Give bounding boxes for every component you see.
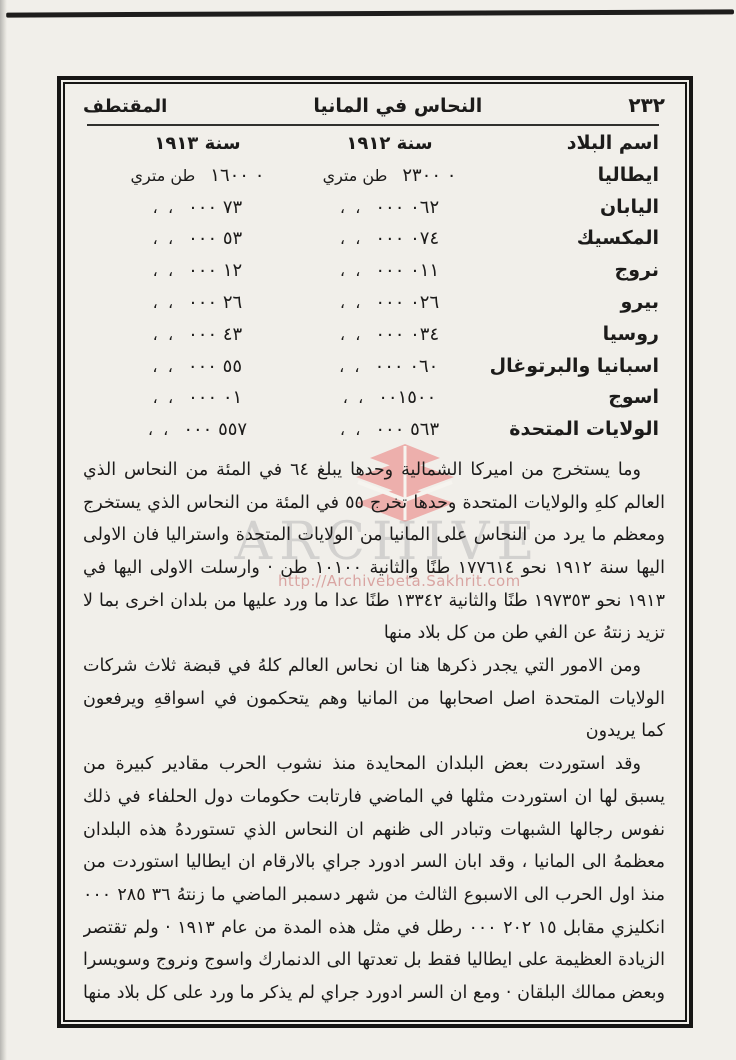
unit-or-ditto: ، ، <box>153 293 174 312</box>
country-name: الولايات المتحدة <box>506 418 673 440</box>
body-line: تزيد زنتهُ عن الفي طن من كل بلاد منها <box>83 617 665 650</box>
body-line: ومن الامور التي يجدر ذكرها هنا ان نحاس ا… <box>83 650 665 683</box>
table-row: نروج ٠١١ ٠٠٠ ، ، ١٢ ٠٠٠ ، ، <box>77 259 673 291</box>
value-1913: ٠ ١٦٠٠ طن متري <box>131 165 265 186</box>
value-1913: ٥٣ ٠٠٠ ، ، <box>153 228 243 249</box>
country-name: اسبانيا والبرتوغال <box>505 355 673 377</box>
magazine-name: المقتطف <box>83 96 167 117</box>
country-name: ايطاليا <box>506 164 673 186</box>
scanned-magazine-page: { "header": { "page_number": "٢٣٢", "tit… <box>0 0 736 1060</box>
unit-or-ditto: ، ، <box>339 357 360 376</box>
table-row: اسبانيا والبرتوغال ٠٦٠ ٠٠٠ ، ، ٥٥ ٠٠٠ ، … <box>77 355 673 387</box>
body-line: ومعظم ما يرد من النحاس على المانيا من ال… <box>83 519 665 552</box>
unit-or-ditto: ، ، <box>153 261 174 280</box>
page-number: ٢٣٢ <box>628 93 665 117</box>
body-line: وبعض ممالك البلقان · ومع ان السر ادورد ج… <box>83 977 665 1010</box>
value-1913: ٢٦ ٠٠٠ ، ، <box>153 292 243 313</box>
unit-or-ditto: طن متري <box>323 166 388 185</box>
body-line: العالم كلهِ والولايات المتحدة وحدها تخرج… <box>83 487 665 520</box>
scan-left-shadow <box>0 0 7 1060</box>
article-body: وما يستخرج من اميركا الشمالية وحدها يبلغ… <box>77 450 673 1010</box>
unit-or-ditto: ، ، <box>340 293 361 312</box>
body-line: انكليزي مقابل ١٥ ٢٠٢ ٠٠٠ رطل في مثل هذه … <box>83 912 665 945</box>
table-row: بيرو ٠٢٦ ٠٠٠ ، ، ٢٦ ٠٠٠ ، ، <box>77 291 673 323</box>
body-line: كما يريدون <box>83 715 665 748</box>
unit-or-ditto: ، ، <box>153 198 174 217</box>
country-name: المكسيك <box>506 227 673 249</box>
value-1913: ٥٥ ٠٠٠ ، ، <box>152 356 242 377</box>
value-1912: ٠٣٤ ٠٠٠ ، ، <box>340 324 439 345</box>
page-content: ٢٣٢ النحاس في المانيا المقتطف اسم البلاد… <box>63 82 687 1022</box>
country-name: نروج <box>506 259 673 281</box>
value-1913: ٥٥٧ ٠٠٠ ، ، <box>148 419 247 440</box>
body-line: وما يستخرج من اميركا الشمالية وحدها يبلغ… <box>83 454 665 487</box>
table-row: المكسيك ٠٧٤ ٠٠٠ ، ، ٥٣ ٠٠٠ ، ، <box>77 227 673 259</box>
copper-production-table: اسم البلاد سنة ١٩١٢ سنة ١٩١٣ ايطاليا ٠ ٢… <box>77 132 673 450</box>
table-row: اسوج ٠٠١٥٠٠ ، ، ٠١ ٠٠٠ ، ، <box>77 386 673 418</box>
header-rule <box>87 124 659 126</box>
column-header-1913: سنة ١٩١٣ <box>77 133 273 154</box>
page-header: ٢٣٢ النحاس في المانيا المقتطف <box>77 90 673 117</box>
unit-or-ditto: ، ، <box>153 388 174 407</box>
unit-or-ditto: ، ، <box>340 261 361 280</box>
value-1912: ٠٠١٥٠٠ ، ، <box>343 387 437 408</box>
body-line: اليها سنة ١٩١٢ نحو ١٧٧٦١٤ طنًا والثانية … <box>83 552 665 585</box>
unit-or-ditto: ، ، <box>153 325 174 344</box>
country-name: اليابان <box>506 196 673 218</box>
country-name: اسوج <box>506 386 673 408</box>
table-header-row: اسم البلاد سنة ١٩١٢ سنة ١٩١٣ <box>77 132 673 164</box>
country-name: بيرو <box>506 291 673 313</box>
column-header-country: اسم البلاد <box>506 132 673 154</box>
value-1913: ٧٣ ٠٠٠ ، ، <box>153 197 243 218</box>
unit-or-ditto: ، ، <box>152 357 173 376</box>
unit-or-ditto: ، ، <box>340 420 361 439</box>
table-row: ايطاليا ٠ ٢٣٠٠ طن متري ٠ ١٦٠٠ طن متري <box>77 164 673 196</box>
unit-or-ditto: ، ، <box>153 229 174 248</box>
unit-or-ditto: ، ، <box>340 229 361 248</box>
value-1913: ٤٣ ٠٠٠ ، ، <box>153 324 243 345</box>
value-1912: ٠٦٢ ٠٠٠ ، ، <box>340 197 439 218</box>
value-1912: ٠٢٦ ٠٠٠ ، ، <box>340 292 439 313</box>
body-line: منذ اول الحرب الى الاسبوع الثالث من شهر … <box>83 879 665 912</box>
table-body: ايطاليا ٠ ٢٣٠٠ طن متري ٠ ١٦٠٠ طن متري <box>77 164 673 450</box>
body-line: نفوس رجالها الشبهات وتبادر الى ظنهم ان ا… <box>83 814 665 847</box>
value-1913: ٠١ ٠٠٠ ، ، <box>153 387 243 408</box>
value-1912: ٠١١ ٠٠٠ ، ، <box>340 260 439 281</box>
value-1913: ١٢ ٠٠٠ ، ، <box>153 260 243 281</box>
value-1912: ٥٦٣ ٠٠٠ ، ، <box>340 419 439 440</box>
value-1912: ٠٧٤ ٠٠٠ ، ، <box>340 228 439 249</box>
body-line: الزيادة العظيمة على ايطاليا فقط بل تعدته… <box>83 944 665 977</box>
unit-or-ditto: ، ، <box>340 198 361 217</box>
scan-edge-artifact <box>6 9 734 17</box>
body-line: يسبق لها ان استوردت مثلها في الماضي فارت… <box>83 781 665 814</box>
table-row: الولايات المتحدة ٥٦٣ ٠٠٠ ، ، ٥٥٧ ٠٠٠ ، ، <box>77 418 673 450</box>
table-row: اليابان ٠٦٢ ٠٠٠ ، ، ٧٣ ٠٠٠ ، ، <box>77 196 673 228</box>
value-1912: ٠ ٢٣٠٠ طن متري <box>323 165 457 186</box>
unit-or-ditto: طن متري <box>131 166 196 185</box>
unit-or-ditto: ، ، <box>340 325 361 344</box>
column-header-1912: سنة ١٩١٢ <box>273 133 506 154</box>
page-title: النحاس في المانيا <box>313 95 482 117</box>
body-line: معظمهُ الى المانيا ، وقد ابان السر ادورد… <box>83 846 665 879</box>
unit-or-ditto: ، ، <box>343 388 364 407</box>
table-row: روسيا ٠٣٤ ٠٠٠ ، ، ٤٣ ٠٠٠ ، ، <box>77 323 673 355</box>
body-line: الولايات المتحدة اصل اصحابها من المانيا … <box>83 683 665 716</box>
body-line: وقد استوردت بعض البلدان المحايدة منذ نشو… <box>83 748 665 781</box>
page-border-frame: ٢٣٢ النحاس في المانيا المقتطف اسم البلاد… <box>57 76 693 1028</box>
country-name: روسيا <box>506 323 673 345</box>
unit-or-ditto: ، ، <box>148 420 169 439</box>
body-line: ١٩١٣ نحو ١٩٧٣٥٣ طنًا والثانية ١٣٣٤٢ طنًا… <box>83 585 665 618</box>
value-1912: ٠٦٠ ٠٠٠ ، ، <box>339 356 438 377</box>
